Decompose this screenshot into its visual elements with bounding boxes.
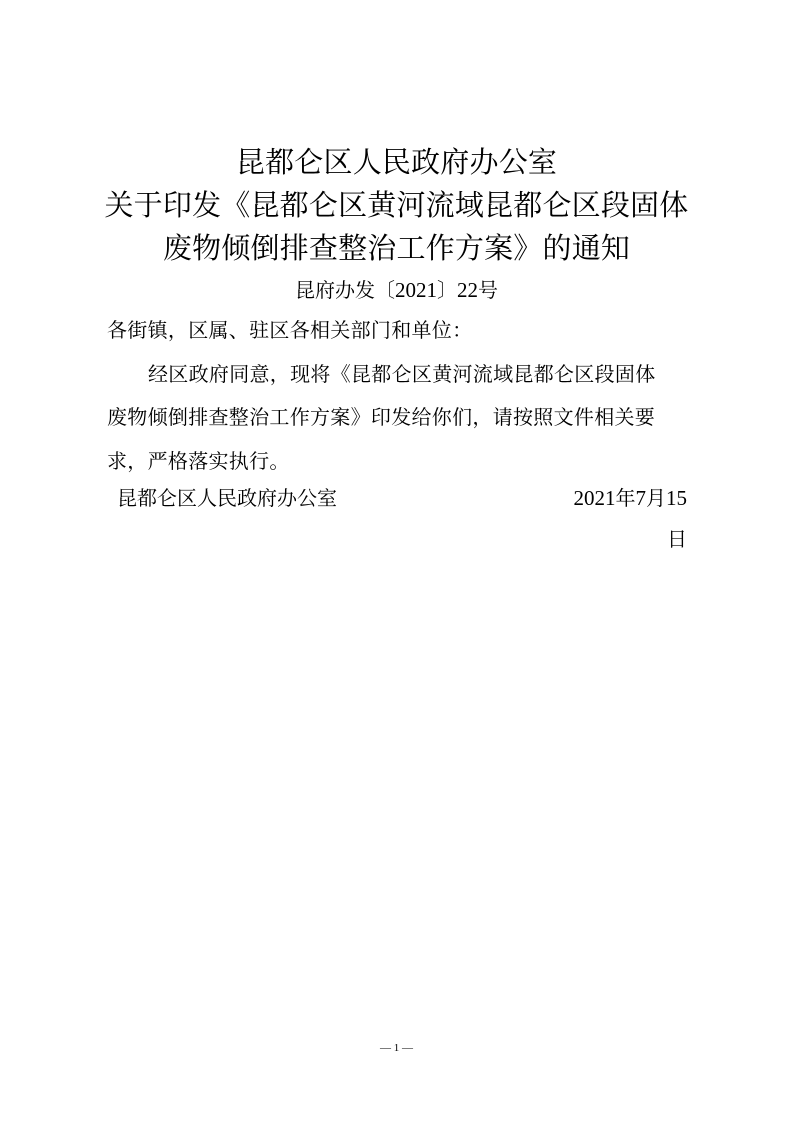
title-line-2: 关于印发《昆都仑区黄河流域昆都仑区段固体 [0, 188, 793, 222]
doc-number-suffix: 号 [478, 278, 498, 302]
body-line-2: 废物倾倒排查整治工作方案》印发给你们，请按照文件相关要 [107, 404, 687, 430]
body-line-1: 经区政府同意，现将《昆都仑区黄河流域昆都仑区段固体 [148, 361, 728, 387]
date-day-unit: 日 [667, 526, 687, 552]
doc-number-prefix: 昆府办发 [295, 278, 375, 302]
document-page: 昆都仑区人民政府办公室 关于印发《昆都仑区黄河流域昆都仑区段固体 废物倾倒排查整… [0, 0, 793, 1122]
signature-date: 2021年7月15 [574, 485, 688, 511]
doc-number-year: 2021 [395, 278, 437, 302]
body-line-3: 求，严格落实执行。 [107, 448, 687, 474]
doc-number-number: 22 [457, 278, 478, 302]
document-number: 昆府办发〔2021〕22号 [0, 277, 793, 303]
doc-number-bracket-open: 〔 [375, 278, 395, 302]
date-month-unit: 月 [646, 486, 666, 510]
salutation: 各街镇，区属、驻区各相关部门和单位： [107, 317, 687, 343]
date-day: 15 [666, 486, 687, 510]
date-month: 7 [636, 486, 647, 510]
date-year-unit: 年 [616, 486, 636, 510]
doc-number-bracket-close: 〕 [437, 278, 457, 302]
page-number: — 1 — [0, 1042, 793, 1054]
signature-organization: 昆都仑区人民政府办公室 [117, 485, 337, 511]
date-year: 2021 [574, 486, 616, 510]
title-line-3: 废物倾倒排查整治工作方案》的通知 [0, 231, 793, 265]
title-line-1: 昆都仑区人民政府办公室 [0, 145, 793, 179]
